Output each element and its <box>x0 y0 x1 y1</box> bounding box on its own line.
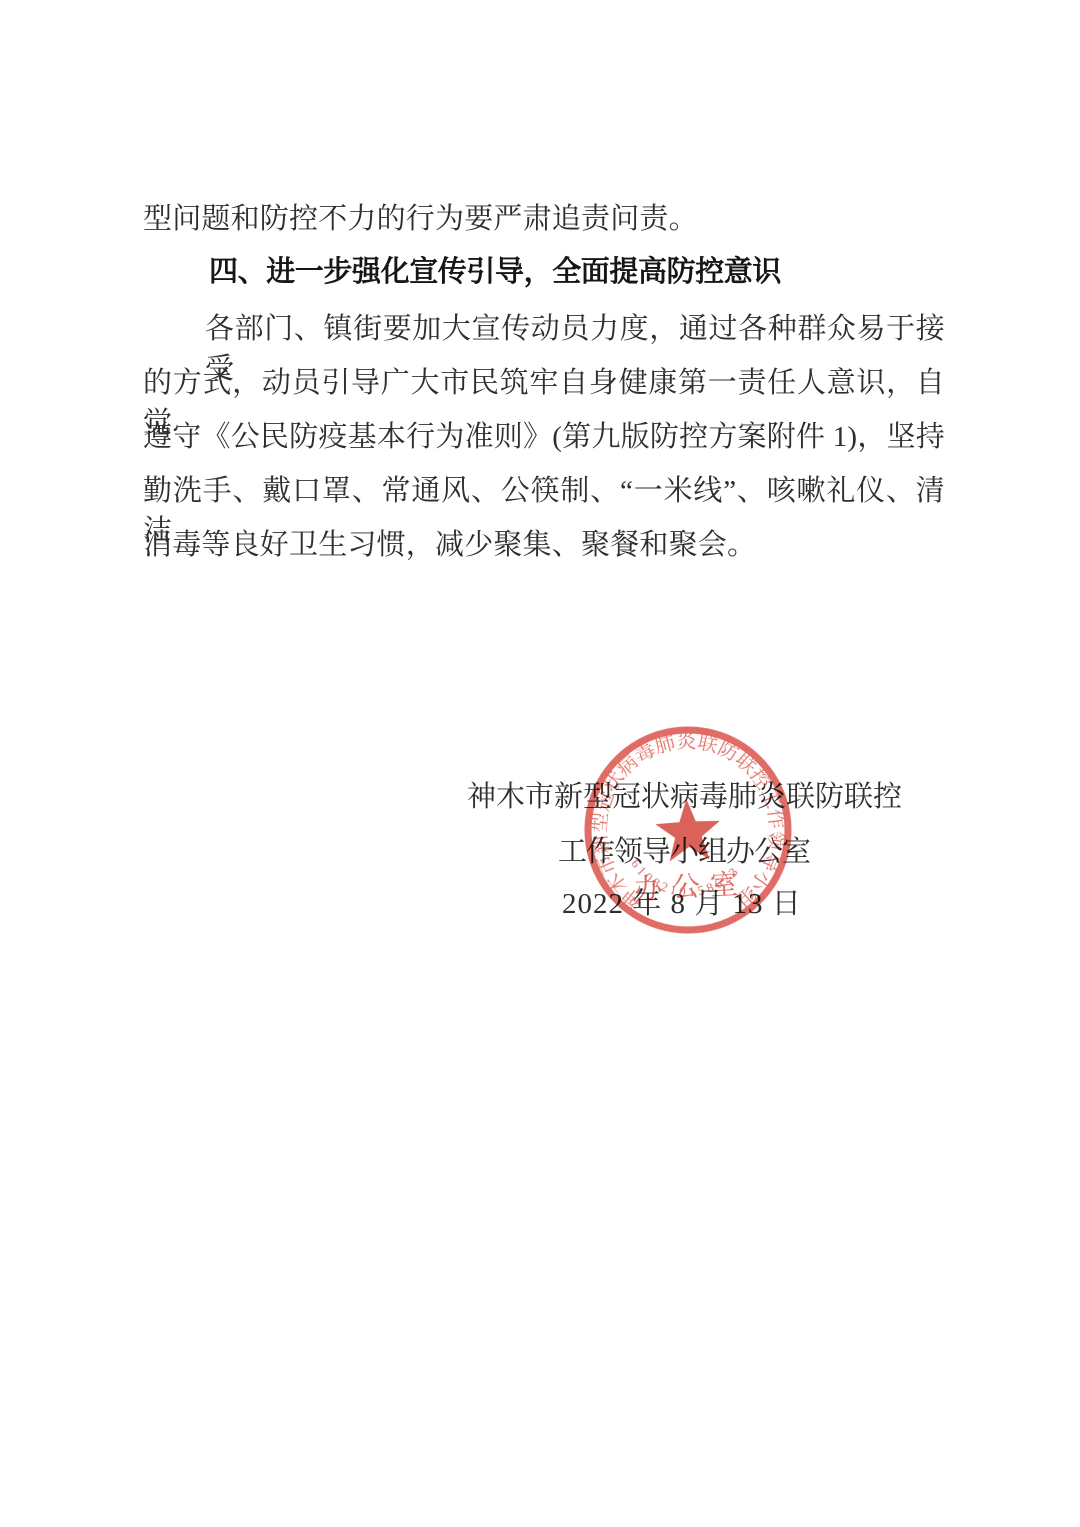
body-line: 消毒等良好卫生习惯，减少聚集、聚餐和聚会。 <box>143 525 756 565</box>
body-line: 遵守《公民防疫基本行为准则》(第九版防控方案附件 1)，坚持 <box>143 417 945 457</box>
body-line-continuation: 型问题和防控不力的行为要严肃追责问责。 <box>143 199 698 239</box>
seal-star-icon <box>654 797 722 862</box>
document-page: 型问题和防控不力的行为要严肃追责问责。 四、进一步强化宣传引导，全面提高防控意识… <box>0 0 1080 1527</box>
section-heading: 四、进一步强化宣传引导，全面提高防控意识 <box>209 252 781 292</box>
official-seal: 神木市新型冠状病毒肺炎联防联控工作领导小组 办公室 6108210158623 <box>562 704 814 956</box>
